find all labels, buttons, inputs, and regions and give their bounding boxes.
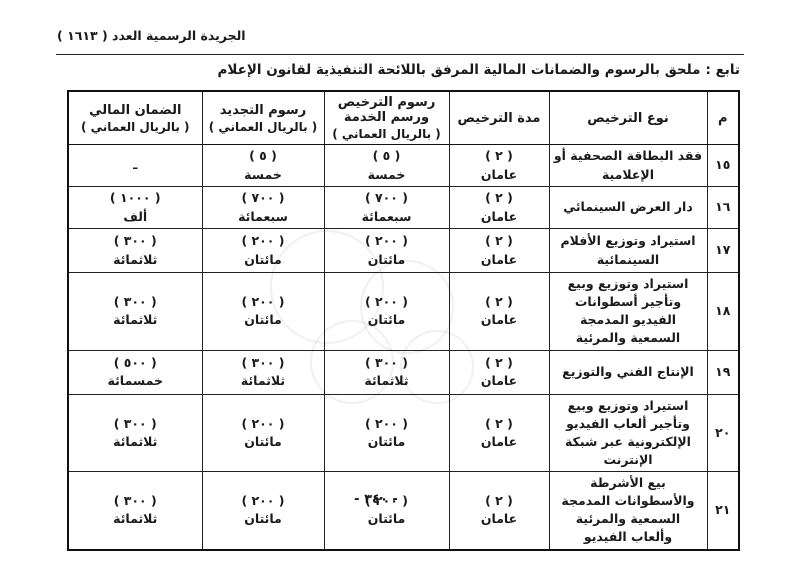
duration-cell: ( ٢ )عامان <box>449 145 549 187</box>
duration-number: ( ٢ ) <box>454 293 545 311</box>
renewal-fee-number: ( ٥ ) <box>207 147 320 165</box>
col-header-license-type: نوع الترخيص <box>549 91 707 145</box>
license-fee-word: مائتان <box>329 433 445 451</box>
license-fee-word: مائتان <box>329 510 445 528</box>
renewal-fee-word: سبعمائة <box>207 208 320 226</box>
row-number: ٢١ <box>707 472 739 550</box>
col-header-license-fee-label: رسوم الترخيص ورسم الخدمة <box>338 95 436 125</box>
table-row: ١٨ استيراد وتوزيع وبيع وتأجير أسطوانات ا… <box>68 273 739 351</box>
col-header-renewal-fee-label: رسوم التجديد <box>220 103 306 118</box>
gazette-issue-label: الجريدة الرسمية العدد ( ١٦١٣ ) <box>57 28 246 43</box>
guarantee-word: ـ <box>73 156 198 174</box>
renewal-fee-cell: ( ٥ )خمسة <box>202 145 324 187</box>
license-fee-cell: ( ٢٠٠ )مائتان <box>324 472 449 550</box>
table-row: ١٧ استيراد وتوزيع الأفلام السينمائية ( ٢… <box>68 229 739 273</box>
duration-word: عامان <box>454 510 545 528</box>
duration-cell: ( ٢ )عامان <box>449 472 549 550</box>
renewal-fee-cell: ( ٣٠٠ )ثلاثمائة <box>202 350 324 394</box>
duration-number: ( ٢ ) <box>454 354 545 372</box>
renewal-fee-cell: ( ٢٠٠ )مائتان <box>202 472 324 550</box>
renewal-fee-cell: ( ٢٠٠ )مائتان <box>202 394 324 472</box>
guarantee-cell: ( ٣٠٠ )ثلاثمائة <box>68 394 202 472</box>
license-type-cell: استيراد وتوزيع وبيع وتأجير أسطوانات الفي… <box>549 273 707 351</box>
guarantee-number: ( ٥٠٠ ) <box>73 354 198 372</box>
guarantee-cell: ( ٣٠٠ )ثلاثمائة <box>68 273 202 351</box>
duration-number: ( ٢ ) <box>454 147 545 165</box>
license-fee-word: خمسة <box>329 166 445 184</box>
col-header-guarantee-label: الضمان المالي <box>89 103 181 118</box>
duration-word: عامان <box>454 251 545 269</box>
license-fee-number: ( ٢٠٠ ) <box>329 293 445 311</box>
row-number: ١٩ <box>707 350 739 394</box>
renewal-fee-word: مائتان <box>207 510 320 528</box>
guarantee-word: ثلاثمائة <box>73 251 198 269</box>
row-number: ٢٠ <box>707 394 739 472</box>
renewal-fee-number: ( ٢٠٠ ) <box>207 415 320 433</box>
renewal-fee-word: مائتان <box>207 433 320 451</box>
duration-number: ( ٢ ) <box>454 232 545 250</box>
duration-word: عامان <box>454 166 545 184</box>
guarantee-cell: ـ <box>68 145 202 187</box>
gazette-page: الجريدة الرسمية العدد ( ١٦١٣ ) تابع :ملح… <box>0 0 800 566</box>
col-header-number: م <box>707 91 739 145</box>
row-number: ١٨ <box>707 273 739 351</box>
row-number: ١٧ <box>707 229 739 273</box>
row-number: ١٦ <box>707 187 739 229</box>
license-fee-number: ( ٢٠٠ ) <box>329 415 445 433</box>
duration-cell: ( ٢ )عامان <box>449 350 549 394</box>
license-fee-cell: ( ٧٠٠ )سبعمائة <box>324 187 449 229</box>
row-number: ١٥ <box>707 145 739 187</box>
guarantee-number: ( ٣٠٠ ) <box>73 415 198 433</box>
header-divider <box>56 54 744 55</box>
guarantee-word: خمسمائة <box>73 372 198 390</box>
fees-table: م نوع الترخيص مدة الترخيص رسوم الترخيص و… <box>67 90 740 551</box>
table-header-row: م نوع الترخيص مدة الترخيص رسوم الترخيص و… <box>68 91 739 145</box>
license-type-cell: استيراد وتوزيع الأفلام السينمائية <box>549 229 707 273</box>
renewal-fee-word: ثلاثمائة <box>207 372 320 390</box>
license-fee-cell: ( ٢٠٠ )مائتان <box>324 273 449 351</box>
currency-note: ( بالريال العماني ) <box>329 127 445 141</box>
duration-word: عامان <box>454 372 545 390</box>
document-title: تابع :ملحق بالرسوم والضمانات المالية الم… <box>60 62 740 78</box>
duration-word: عامان <box>454 311 545 329</box>
license-fee-cell: ( ٥ )خمسة <box>324 145 449 187</box>
renewal-fee-cell: ( ٧٠٠ )سبعمائة <box>202 187 324 229</box>
duration-number: ( ٢ ) <box>454 189 545 207</box>
license-type-cell: دار العرض السينمائي <box>549 187 707 229</box>
license-fee-number: ( ٣٠٠ ) <box>329 354 445 372</box>
guarantee-word: ثلاثمائة <box>73 311 198 329</box>
guarantee-word: ثلاثمائة <box>73 433 198 451</box>
renewal-fee-word: مائتان <box>207 311 320 329</box>
currency-note: ( بالريال العماني ) <box>73 120 198 134</box>
guarantee-cell: ( ٣٠٠ )ثلاثمائة <box>68 472 202 550</box>
col-header-license-fee: رسوم الترخيص ورسم الخدمة( بالريال العمان… <box>324 91 449 145</box>
page-number: - ٣٤٠ - <box>0 492 752 507</box>
duration-cell: ( ٢ )عامان <box>449 394 549 472</box>
renewal-fee-number: ( ٢٠٠ ) <box>207 293 320 311</box>
renewal-fee-cell: ( ٢٠٠ )مائتان <box>202 273 324 351</box>
renewal-fee-number: ( ٣٠٠ ) <box>207 354 320 372</box>
guarantee-word: ألف <box>73 208 198 226</box>
table-row: ١٩ الإنتاج الفني والتوزيع ( ٢ )عامان ( ٣… <box>68 350 739 394</box>
license-type-cell: فقد البطاقة الصحفية أو الإعلامية <box>549 145 707 187</box>
license-fee-number: ( ٥ ) <box>329 147 445 165</box>
table-row: ٢٠ استيراد وتوزيع وبيع وتأجير ألعاب الفي… <box>68 394 739 472</box>
col-header-guarantee: الضمان المالي( بالريال العماني ) <box>68 91 202 145</box>
col-header-renewal-fee: رسوم التجديد( بالريال العماني ) <box>202 91 324 145</box>
guarantee-number: ( ٣٠٠ ) <box>73 293 198 311</box>
col-header-license-duration: مدة الترخيص <box>449 91 549 145</box>
guarantee-word: ثلاثمائة <box>73 510 198 528</box>
renewal-fee-number: ( ٢٠٠ ) <box>207 232 320 250</box>
guarantee-number: ( ٣٠٠ ) <box>73 232 198 250</box>
license-fee-number: ( ٢٠٠ ) <box>329 232 445 250</box>
table-row: ١٦ دار العرض السينمائي ( ٢ )عامان ( ٧٠٠ … <box>68 187 739 229</box>
license-type-cell: الإنتاج الفني والتوزيع <box>549 350 707 394</box>
renewal-fee-number: ( ٧٠٠ ) <box>207 189 320 207</box>
duration-word: عامان <box>454 208 545 226</box>
guarantee-number: ( ١٠٠٠ ) <box>73 189 198 207</box>
renewal-fee-word: مائتان <box>207 251 320 269</box>
license-fee-word: مائتان <box>329 251 445 269</box>
table-row: ٢١ بيع الأشرطة والأسطوانات المدمجة السمع… <box>68 472 739 550</box>
document-title-lead: تابع : <box>705 62 740 78</box>
license-fee-number: ( ٧٠٠ ) <box>329 189 445 207</box>
license-fee-word: مائتان <box>329 311 445 329</box>
duration-word: عامان <box>454 433 545 451</box>
renewal-fee-cell: ( ٢٠٠ )مائتان <box>202 229 324 273</box>
duration-number: ( ٢ ) <box>454 415 545 433</box>
license-fee-word: سبعمائة <box>329 208 445 226</box>
license-type-cell: استيراد وتوزيع وبيع وتأجير ألعاب الفيديو… <box>549 394 707 472</box>
license-fee-cell: ( ٢٠٠ )مائتان <box>324 394 449 472</box>
guarantee-cell: ( ٣٠٠ )ثلاثمائة <box>68 229 202 273</box>
duration-cell: ( ٢ )عامان <box>449 187 549 229</box>
license-fee-cell: ( ٢٠٠ )مائتان <box>324 229 449 273</box>
document-title-text: ملحق بالرسوم والضمانات المالية المرفق با… <box>218 62 701 78</box>
duration-cell: ( ٢ )عامان <box>449 273 549 351</box>
guarantee-cell: ( ٥٠٠ )خمسمائة <box>68 350 202 394</box>
license-type-cell: بيع الأشرطة والأسطوانات المدمجة السمعية … <box>549 472 707 550</box>
license-fee-word: ثلاثمائة <box>329 372 445 390</box>
license-fee-cell: ( ٣٠٠ )ثلاثمائة <box>324 350 449 394</box>
guarantee-cell: ( ١٠٠٠ )ألف <box>68 187 202 229</box>
table-row: ١٥ فقد البطاقة الصحفية أو الإعلامية ( ٢ … <box>68 145 739 187</box>
currency-note: ( بالريال العماني ) <box>207 120 320 134</box>
renewal-fee-word: خمسة <box>207 166 320 184</box>
duration-cell: ( ٢ )عامان <box>449 229 549 273</box>
